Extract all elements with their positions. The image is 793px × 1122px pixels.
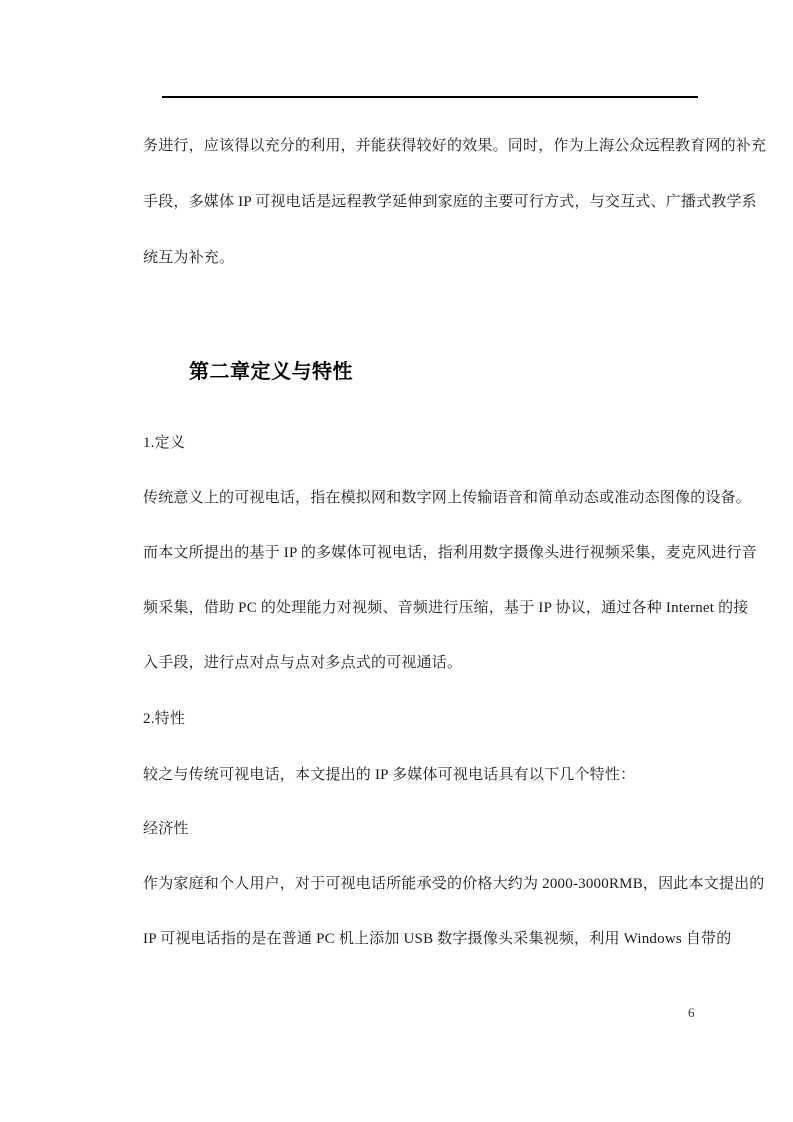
document-page: 务进行，应该得以充分的利用，并能获得较好的效果。同时，作为上海公众远程教育网的补… [0,0,793,1122]
paragraph-line: 作为家庭和个人用户，对于可视电话所能承受的价格大约为 2000-3000RMB，… [143,876,733,893]
paragraph-line: 频采集，借助 PC 的处理能力对视频、音频进行压缩，基于 IP 协议，通过各种 … [143,600,733,617]
paragraph-line: 传统意义上的可视电话，指在模拟网和数字网上传输语音和简单动态或准动态图像的设备。 [143,490,733,507]
paragraph-line: 务进行，应该得以充分的利用，并能获得较好的效果。同时，作为上海公众远程教育网的补… [143,138,733,155]
header-rule [162,96,698,98]
paragraph-line: 统互为补充。 [143,250,733,267]
paragraph-line: IP 可视电话指的是在普通 PC 机上添加 USB 数字摄像头采集视频，利用 W… [143,931,733,948]
paragraph-line: 较之与传统可视电话，本文提出的 IP 多媒体可视电话具有以下几个特性： [143,767,733,784]
paragraph-line: 手段，多媒体 IP 可视电话是远程教学延伸到家庭的主要可行方式，与交互式、广播式… [143,194,733,211]
paragraph-line: 入手段，进行点对点与点对多点式的可视通话。 [143,655,733,672]
section-title: 2.特性 [143,711,733,728]
section-title: 1.定义 [143,435,733,452]
chapter-heading: 第二章定义与特性 [189,360,353,384]
paragraph-line: 而本文所提出的基于 IP 的多媒体可视电话，指利用数字摄像头进行视频采集，麦克风… [143,545,733,562]
subsection-title: 经济性 [143,821,733,838]
page-number: 6 [688,1005,695,1020]
